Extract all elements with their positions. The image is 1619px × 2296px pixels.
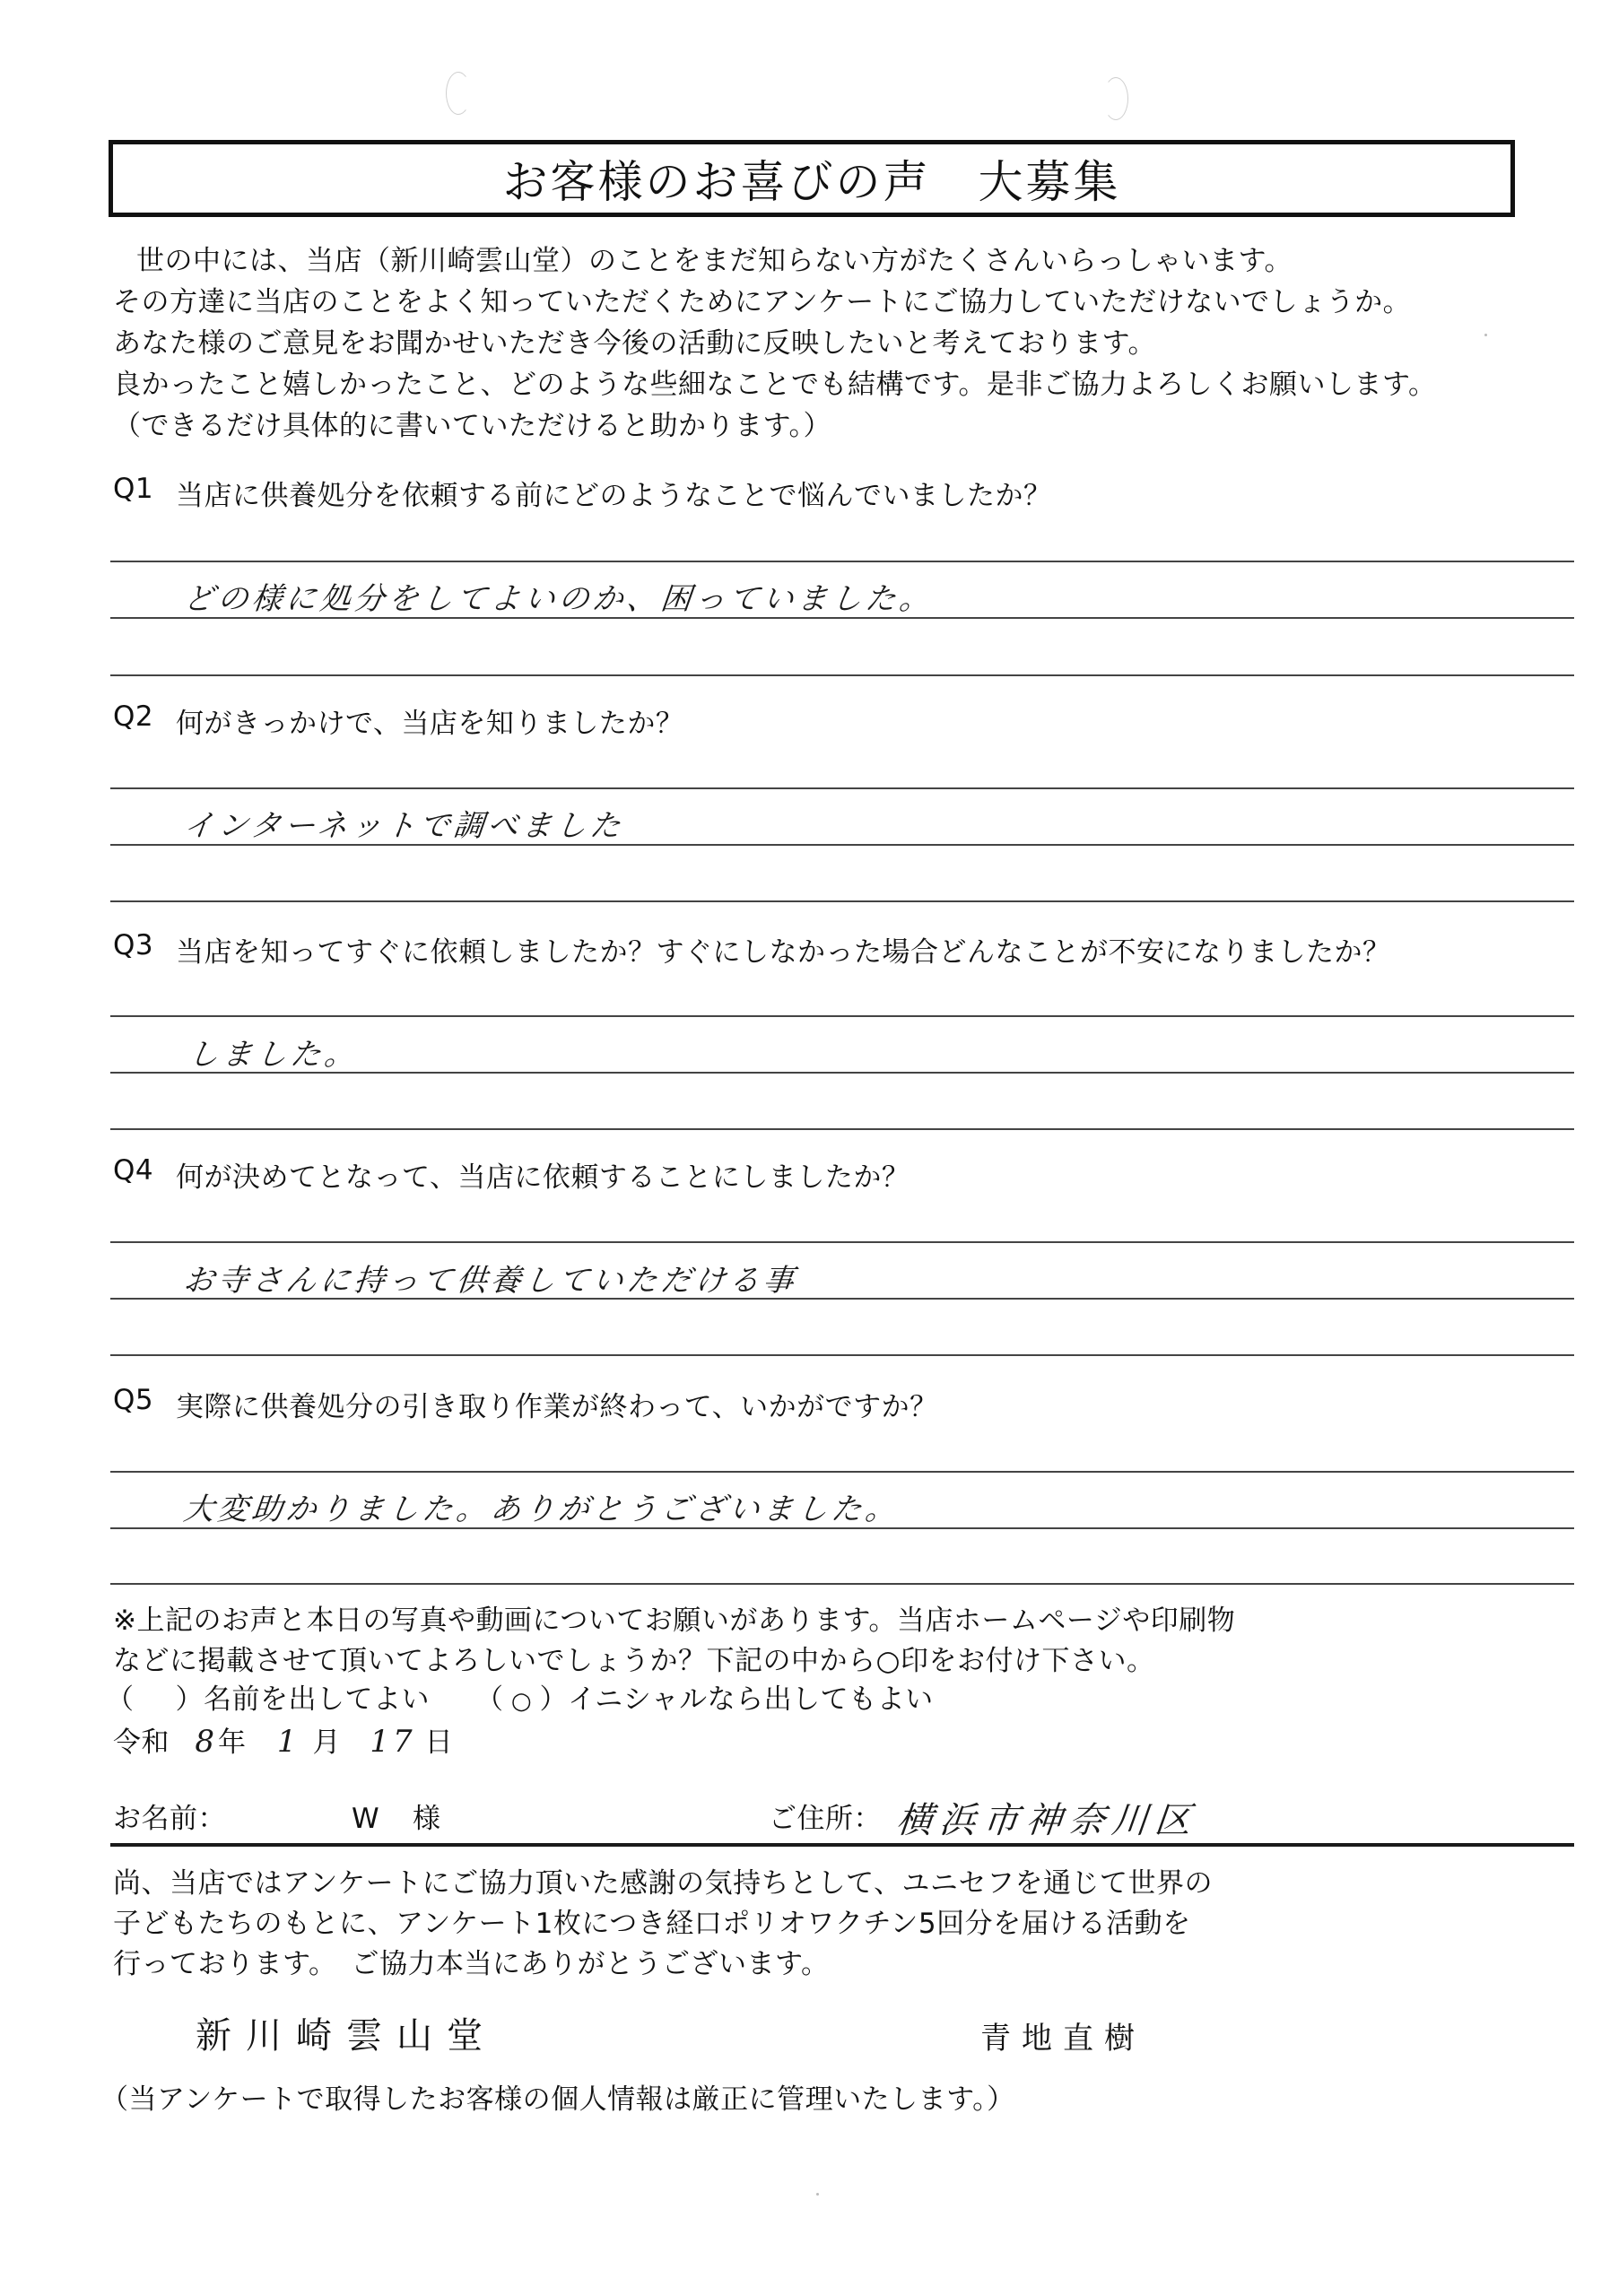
footer-line-2: 子どもたちのもとに、アンケート1枚につき経口ポリオワクチン5回分を届ける活動を	[113, 1910, 1191, 1938]
name-suffix: 様	[413, 1805, 441, 1833]
name-value[interactable]: W	[352, 1805, 379, 1833]
date-era: 令和	[113, 1726, 170, 1759]
date-year-label: 年	[218, 1726, 247, 1759]
scan-speck	[1484, 334, 1487, 336]
punch-hole-left	[446, 72, 471, 115]
answer-rule	[110, 844, 1574, 846]
intro-line-5: （できるだけ具体的に書いていただけると助かります。）	[113, 413, 831, 440]
handwritten-answer-q4: お寺さんに持って供養していただける事	[181, 1256, 799, 1300]
footer-line-3: 行っております。 ご協力本当にありがとうございます。	[113, 1951, 830, 1979]
answer-rule	[110, 1241, 1574, 1243]
question-text: 実際に供養処分の引き取り作業が終わって、いかがですか？	[176, 1384, 938, 1424]
question-text: 当店を知ってすぐに依頼しましたか？すぐにしなかった場合どんなことが不安になりまし…	[176, 929, 1391, 970]
answer-rule	[110, 900, 1574, 902]
consent-line-2: などに掲載させて頂いてよろしいでしょうか？下記の中から○印をお付け下さい。	[113, 1648, 1155, 1675]
question-text: 何が決めてとなって、当店に依頼することにしましたか？	[176, 1154, 910, 1195]
name-address-underline	[110, 1843, 1574, 1847]
handwritten-answer-q3: しました。	[186, 1030, 361, 1074]
consent-option-name[interactable]: （）名前を出してよい	[106, 1686, 430, 1714]
title-box: お客様のお喜びの声 大募集	[109, 140, 1515, 217]
answer-rule	[110, 617, 1574, 619]
option-label: イニシャルなら出してもよい	[568, 1683, 934, 1716]
date-year-value[interactable]: 8	[195, 1724, 218, 1760]
owner-name: 青地直樹	[980, 2013, 1145, 2057]
question-number: Q3	[113, 929, 153, 961]
answer-rule	[110, 1354, 1574, 1356]
date-day-value[interactable]: 17	[370, 1724, 415, 1760]
date-month-value[interactable]: 1	[277, 1724, 300, 1760]
handwritten-answer-q5: 大変助かりました。ありがとうございました。	[181, 1484, 901, 1528]
consent-option-initial[interactable]: （○）イニシャルなら出してもよい	[475, 1686, 934, 1714]
address-label: ご住所：	[769, 1805, 882, 1833]
intro-line-4: 良かったこと嬉しかったこと、どのような些細なことでも結構です。是非ご協力よろしく…	[113, 371, 1437, 399]
page-title: お客様のお喜びの声 大募集	[503, 146, 1121, 211]
option-open-paren: （	[106, 1683, 135, 1716]
answer-rule	[110, 1072, 1574, 1074]
question-number: Q5	[113, 1384, 153, 1416]
consent-line-1: ※上記のお声と本日の写真や動画についてお願いがあります。当店ホームページや印刷物	[113, 1607, 1235, 1635]
intro-line-2: その方達に当店のことをよく知っていただくためにアンケートにご協力していただけない…	[113, 289, 1411, 317]
privacy-note: （当アンケートで取得したお客様の個人情報は厳正に管理いたします。）	[100, 2086, 1015, 2114]
option-close-paren: ）	[176, 1683, 205, 1716]
answer-rule	[110, 1527, 1574, 1529]
answer-rule	[110, 1583, 1574, 1585]
option-open-paren: （	[475, 1683, 504, 1716]
option-mark-initial[interactable]: ○	[504, 1690, 540, 1713]
handwritten-answer-q2: インターネットで調べました	[181, 801, 626, 845]
question-number: Q2	[113, 700, 153, 733]
answer-rule	[110, 787, 1574, 789]
address-value[interactable]: 横浜市神奈川区	[894, 1792, 1201, 1843]
company-name: 新川崎雲山堂	[196, 2007, 497, 2058]
question-text: 何がきっかけで、当店を知りましたか？	[176, 700, 683, 741]
question-text: 当店に供養処分を依頼する前にどのようなことで悩んでいましたか？	[176, 473, 1052, 513]
date-day-label: 日	[425, 1726, 454, 1759]
punch-hole-right	[1103, 77, 1128, 120]
answer-rule	[110, 1298, 1574, 1300]
date-month-label: 月	[313, 1726, 342, 1759]
answer-rule	[110, 1471, 1574, 1473]
option-close-paren: ）	[540, 1683, 569, 1716]
scan-speck	[816, 2193, 819, 2196]
date-row: 令和 8年 1月 17日	[113, 1726, 453, 1757]
answer-rule	[110, 1015, 1574, 1017]
answer-rule	[110, 561, 1574, 562]
intro-line-1: 世の中には、当店（新川崎雲山堂）のことをまだ知らない方がたくさんいらっしゃいます…	[136, 248, 1293, 275]
question-number: Q4	[113, 1154, 153, 1187]
intro-line-3: あなた様のご意見をお聞かせいただき今後の活動に反映したいと考えております。	[113, 330, 1156, 358]
footer-line-1: 尚、当店ではアンケートにご協力頂いた感謝の気持ちとして、ユニセフを通じて世界の	[113, 1870, 1213, 1898]
handwritten-answer-q1: どの様に処分をしてよいのか、困っていました。	[181, 574, 936, 618]
answer-rule	[110, 674, 1574, 676]
option-label: 名前を出してよい	[204, 1683, 430, 1716]
name-label: お名前：	[113, 1805, 226, 1833]
answer-rule	[110, 1128, 1574, 1130]
question-number: Q1	[113, 473, 153, 505]
